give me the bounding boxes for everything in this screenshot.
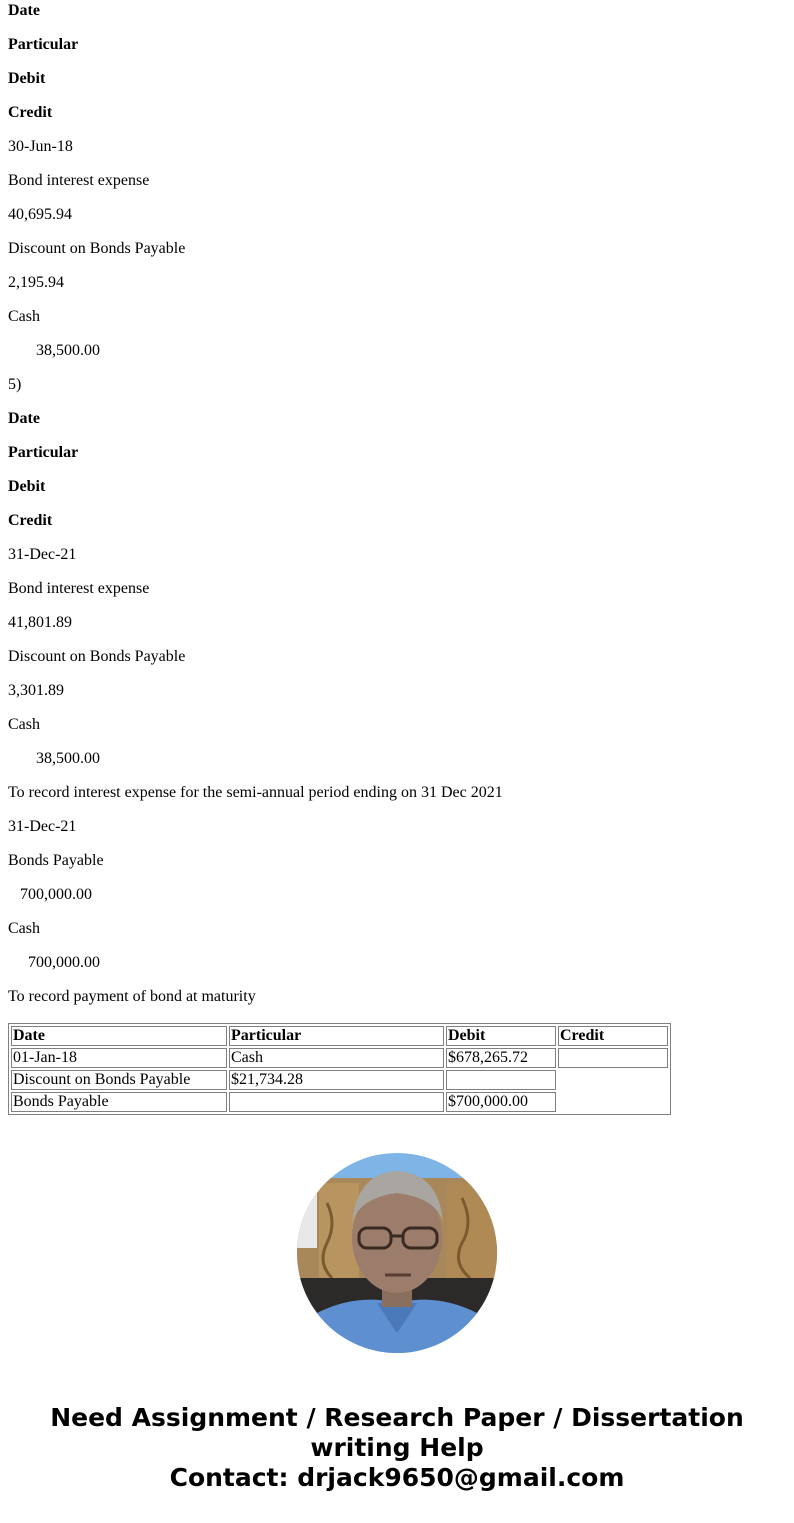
header-debit: Debit bbox=[8, 68, 786, 102]
entry-account: Bond interest expense bbox=[8, 170, 786, 204]
table-cell: $678,265.72 bbox=[446, 1048, 556, 1068]
entry-debit-amount: 40,695.94 bbox=[8, 204, 786, 238]
header-particular: Particular bbox=[8, 34, 786, 68]
entry-credit-amount: 38,500.00 bbox=[8, 340, 786, 374]
column-header-particular: Particular bbox=[229, 1026, 444, 1046]
contact-banner: Need Assignment / Research Paper / Disse… bbox=[0, 1403, 794, 1493]
table-header-row: Date Particular Debit Credit bbox=[11, 1026, 668, 1046]
author-photo-icon bbox=[297, 1153, 497, 1353]
column-header-credit: Credit bbox=[558, 1026, 668, 1046]
entry-date: 31-Dec-21 bbox=[8, 544, 786, 578]
table-cell: Bonds Payable bbox=[11, 1092, 227, 1112]
header-particular: Particular bbox=[8, 442, 786, 476]
table-cell: 01-Jan-18 bbox=[11, 1048, 227, 1068]
cta-line: writing Help bbox=[0, 1433, 794, 1463]
column-header-debit: Debit bbox=[446, 1026, 556, 1046]
entry-account: Cash bbox=[8, 306, 786, 340]
section-label: 5) bbox=[8, 374, 786, 408]
entry-narration: To record interest expense for the semi-… bbox=[8, 782, 786, 816]
entry-account: Cash bbox=[8, 714, 786, 748]
entry-account: Bond interest expense bbox=[8, 578, 786, 612]
entry-date: 30-Jun-18 bbox=[8, 136, 786, 170]
document-body: Date Particular Debit Credit 30-Jun-18 B… bbox=[8, 0, 786, 1020]
entry-credit-amount: 38,500.00 bbox=[8, 748, 786, 782]
entry-debit-amount: 41,801.89 bbox=[8, 612, 786, 646]
contact-email: Contact: drjack9650@gmail.com bbox=[0, 1463, 794, 1493]
table-cell: $21,734.28 bbox=[229, 1070, 444, 1090]
author-avatar bbox=[297, 1153, 497, 1353]
entry-account: Cash bbox=[8, 918, 786, 952]
table-cell bbox=[558, 1048, 668, 1068]
header-date: Date bbox=[8, 408, 786, 442]
header-debit: Debit bbox=[8, 476, 786, 510]
column-header-date: Date bbox=[11, 1026, 227, 1046]
table-row: Bonds Payable $700,000.00 bbox=[11, 1092, 668, 1112]
entry-account: Bonds Payable bbox=[8, 850, 786, 884]
entry-debit-amount: 2,195.94 bbox=[8, 272, 786, 306]
entry-account: Discount on Bonds Payable bbox=[8, 238, 786, 272]
table-cell: Discount on Bonds Payable bbox=[11, 1070, 227, 1090]
header-credit: Credit bbox=[8, 102, 786, 136]
header-credit: Credit bbox=[8, 510, 786, 544]
entry-narration: To record payment of bond at maturity bbox=[8, 986, 786, 1020]
table-cell bbox=[446, 1070, 556, 1090]
cta-line: Need Assignment / Research Paper / Disse… bbox=[0, 1403, 794, 1433]
table-cell: Cash bbox=[229, 1048, 444, 1068]
journal-table: Date Particular Debit Credit 01-Jan-18 C… bbox=[8, 1023, 671, 1115]
entry-debit-amount: 700,000.00 bbox=[8, 884, 786, 918]
entry-debit-amount: 3,301.89 bbox=[8, 680, 786, 714]
entry-credit-amount: 700,000.00 bbox=[8, 952, 786, 986]
header-date: Date bbox=[8, 0, 786, 34]
entry-date: 31-Dec-21 bbox=[8, 816, 786, 850]
table-row: Discount on Bonds Payable $21,734.28 bbox=[11, 1070, 668, 1090]
table-row: 01-Jan-18 Cash $678,265.72 bbox=[11, 1048, 668, 1068]
table-cell: $700,000.00 bbox=[446, 1092, 556, 1112]
entry-account: Discount on Bonds Payable bbox=[8, 646, 786, 680]
table-cell bbox=[229, 1092, 444, 1112]
